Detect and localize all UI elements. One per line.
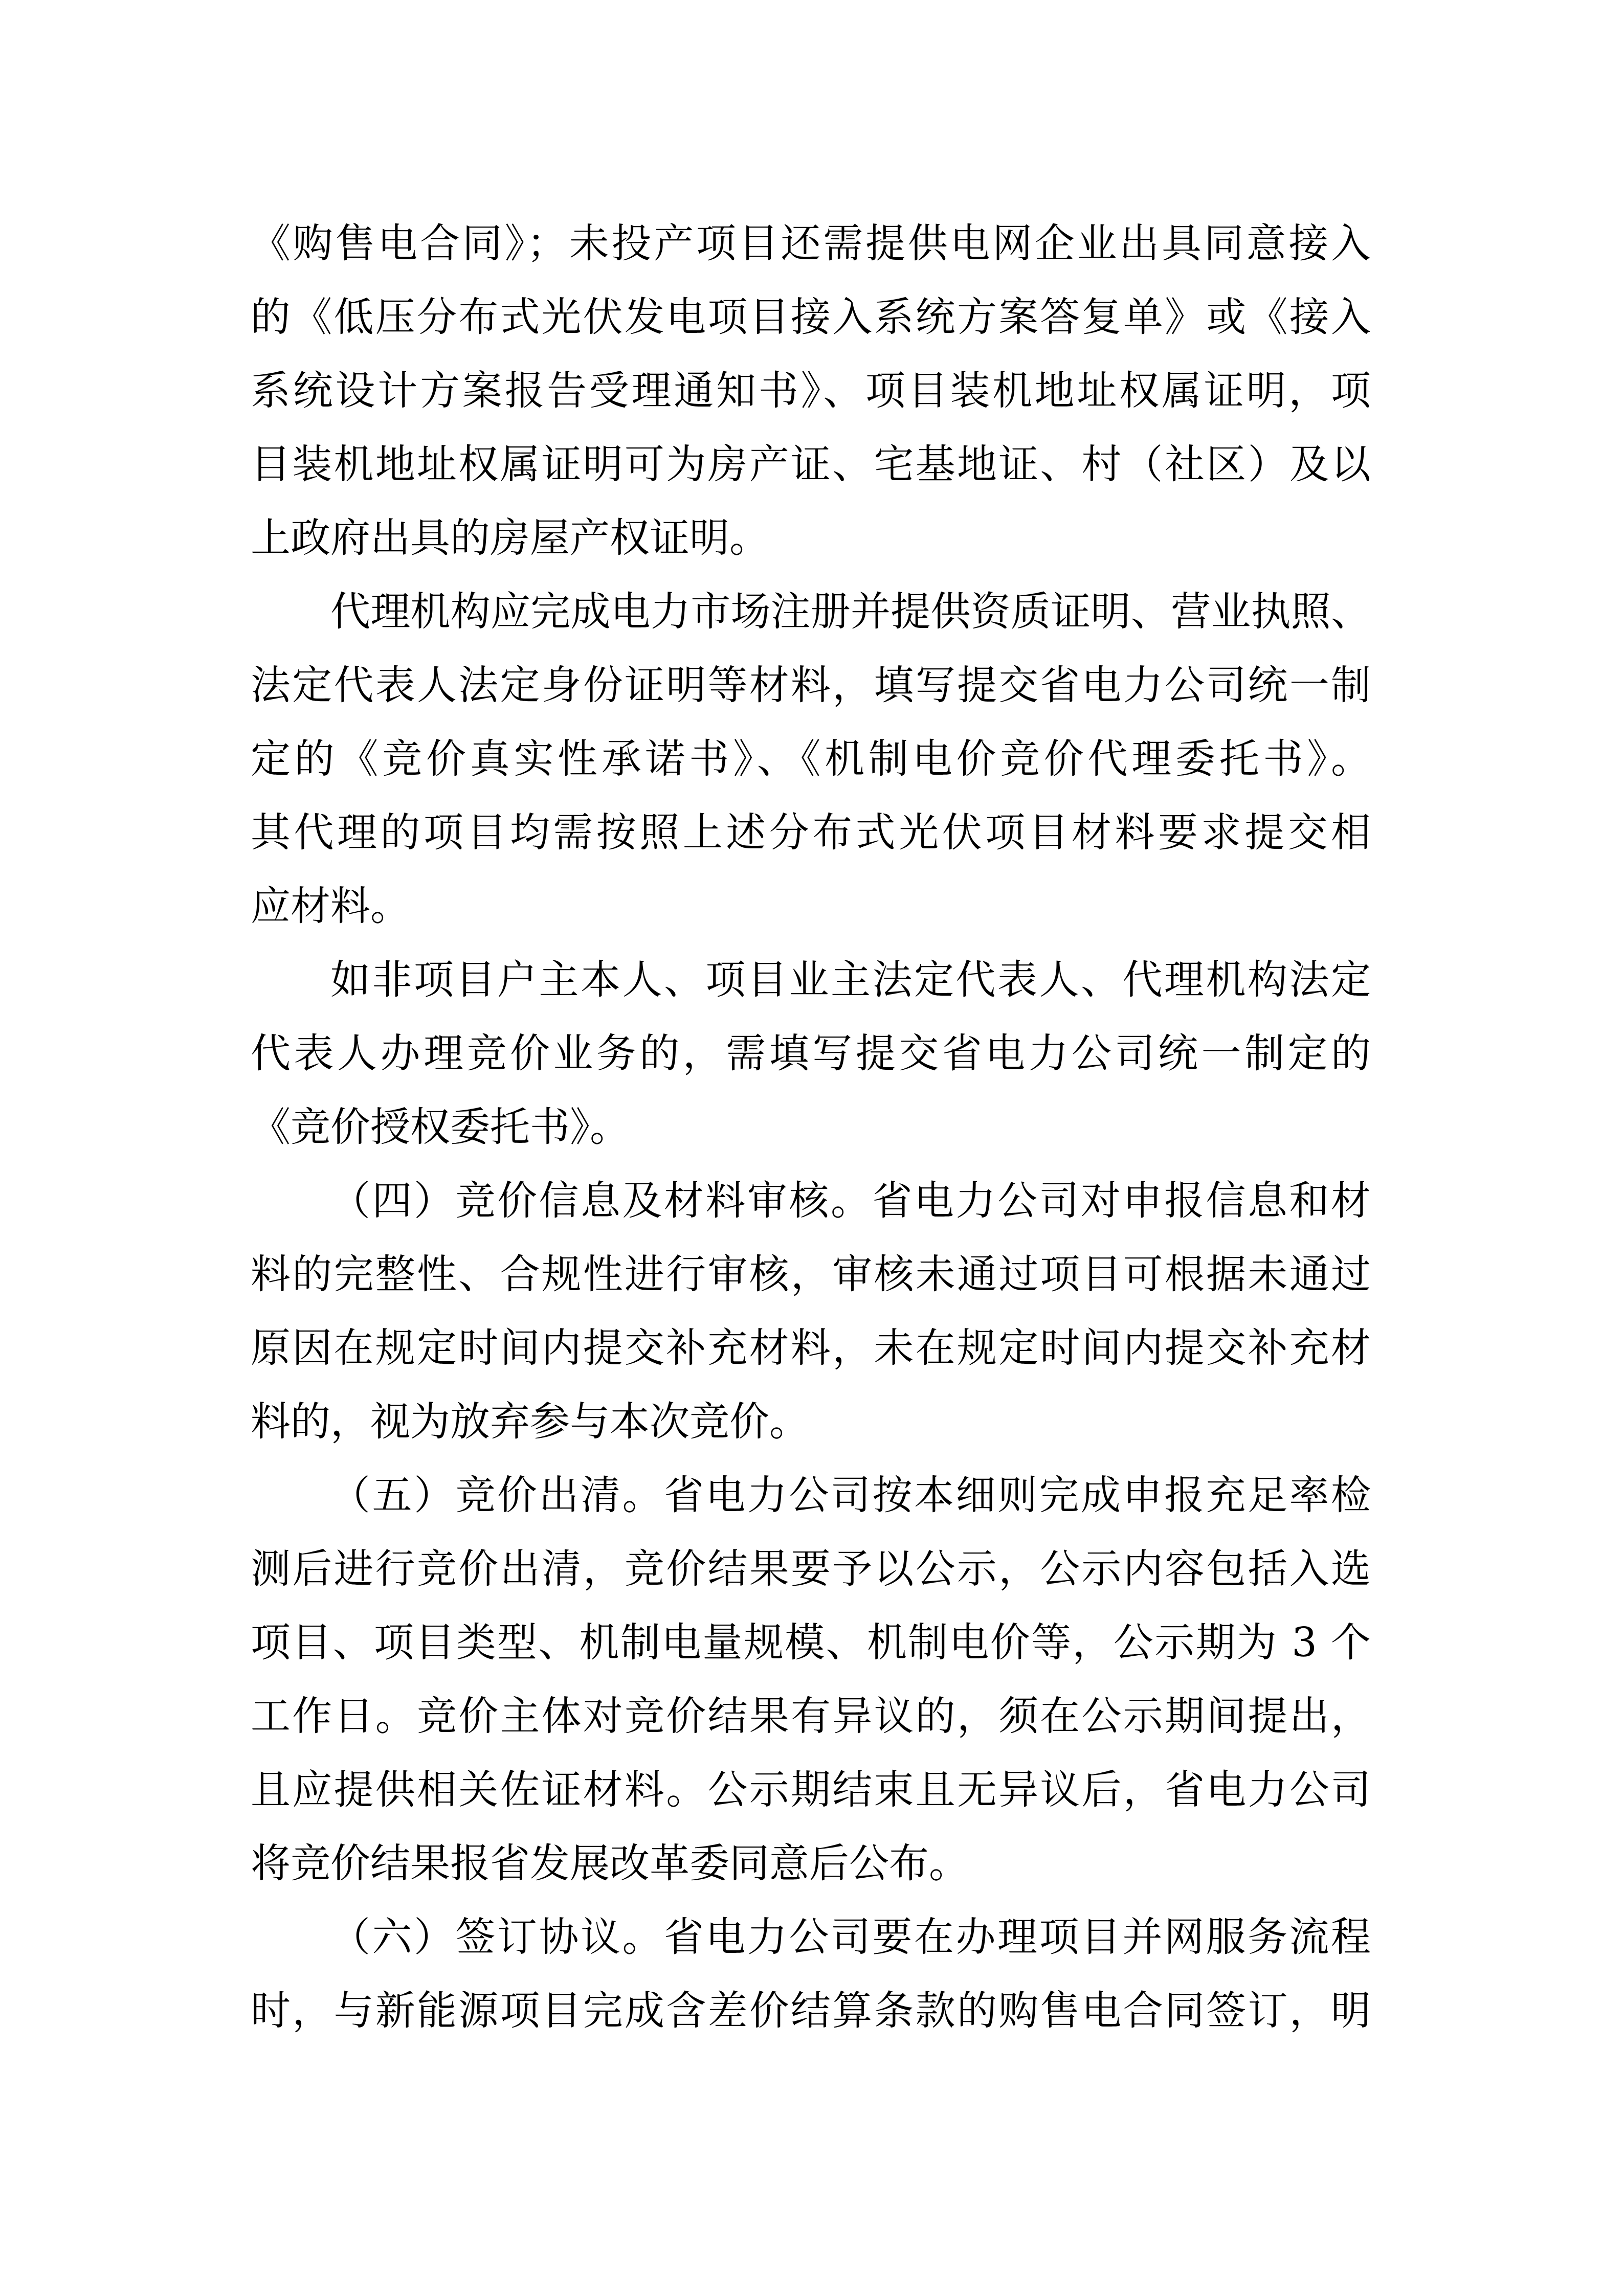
text-line: 《购售电合同》；未投产项目还需提供电网企业出具同意接入 [251,207,1371,281]
text-line: 且应提供相关佐证材料。公示期结束且无异议后，省电力公司 [251,1753,1371,1827]
text-line: 法定代表人法定身份证明等材料，填写提交省电力公司统一制 [251,649,1371,723]
text-line: 代理机构应完成电力市场注册并提供资质证明、营业执照、 [251,575,1371,649]
text-line: （五）竞价出清。省电力公司按本细则完成申报充足率检 [251,1459,1371,1533]
text-line: 项目、项目类型、机制电量规模、机制电价等，公示期为 3 个 [251,1606,1371,1680]
text-line: 定的《竞价真实性承诺书》、《机制电价竞价代理委托书》。 [251,723,1371,796]
document-body: 《购售电合同》；未投产项目还需提供电网企业出具同意接入的《低压分布式光伏发电项目… [251,207,1371,2048]
text-line: 目装机地址权属证明可为房产证、宅基地证、村（社区）及以 [251,428,1371,502]
text-line: 应材料。 [251,870,1371,943]
text-line: （四）竞价信息及材料审核。省电力公司对申报信息和材 [251,1164,1371,1238]
text-line: 《竞价授权委托书》。 [251,1091,1371,1164]
text-line: 代表人办理竞价业务的，需填写提交省电力公司统一制定的 [251,1017,1371,1091]
text-line: 料的完整性、合规性进行审核，审核未通过项目可根据未通过 [251,1238,1371,1312]
text-line: 料的，视为放弃参与本次竞价。 [251,1385,1371,1459]
text-line: 时，与新能源项目完成含差价结算条款的购售电合同签订，明 [251,1974,1371,2048]
text-line: 将竞价结果报省发展改革委同意后公布。 [251,1827,1371,1901]
text-line: 测后进行竞价出清，竞价结果要予以公示，公示内容包括入选 [251,1533,1371,1606]
text-line: 系统设计方案报告受理通知书》、项目装机地址权属证明，项 [251,354,1371,428]
text-line: 的《低压分布式光伏发电项目接入系统方案答复单》或《接入 [251,281,1371,354]
text-line: 如非项目户主本人、项目业主法定代表人、代理机构法定 [251,943,1371,1017]
text-line: 原因在规定时间内提交补充材料，未在规定时间内提交补充材 [251,1312,1371,1385]
text-line: （六）签订协议。省电力公司要在办理项目并网服务流程 [251,1901,1371,1974]
document-page: 《购售电合同》；未投产项目还需提供电网企业出具同意接入的《低压分布式光伏发电项目… [0,0,1624,2296]
text-line: 上政府出具的房屋产权证明。 [251,502,1371,575]
text-line: 工作日。竞价主体对竞价结果有异议的，须在公示期间提出， [251,1680,1371,1753]
text-line: 其代理的项目均需按照上述分布式光伏项目材料要求提交相 [251,796,1371,870]
